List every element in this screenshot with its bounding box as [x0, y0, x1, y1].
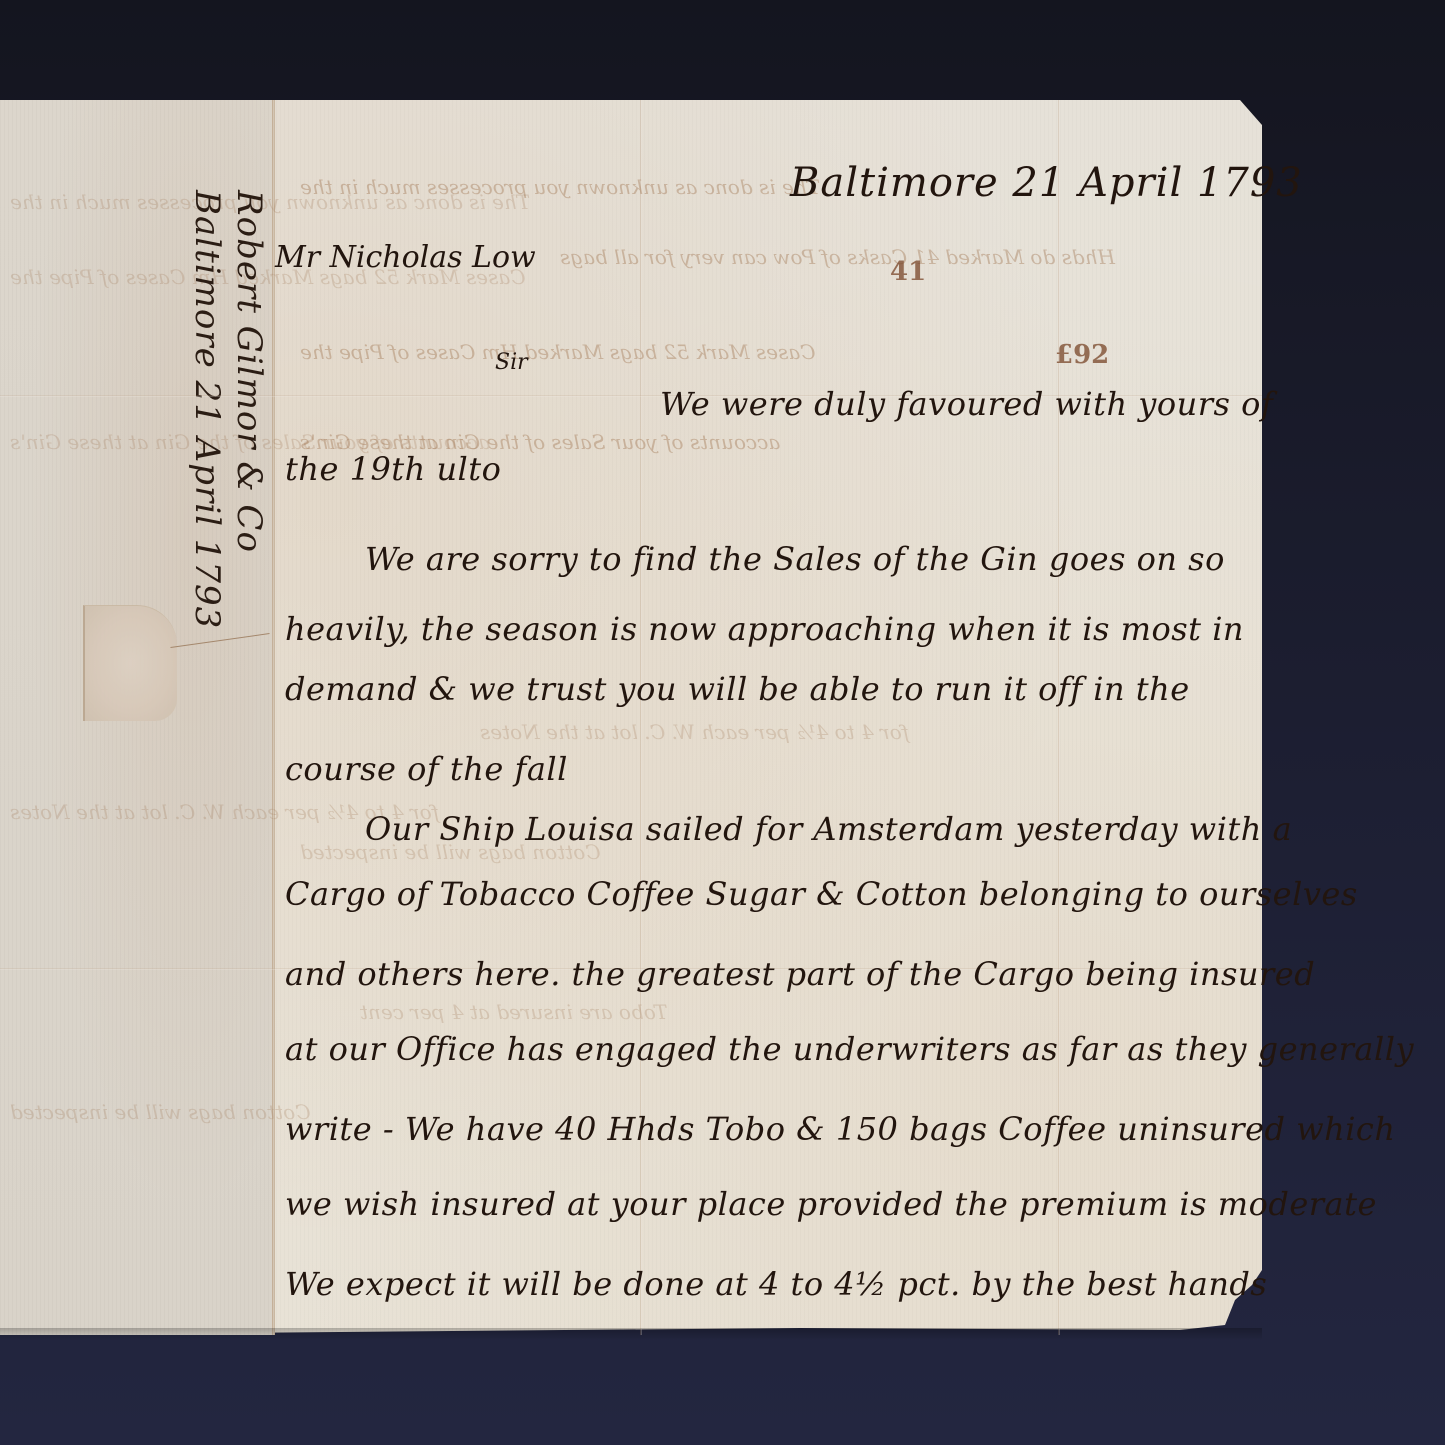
- letter-line: write - We have 40 Hhds Tobo & 150 bags …: [285, 1110, 1395, 1148]
- letter-line: the 19th ulto: [285, 450, 501, 488]
- paper-shadow: [0, 1328, 1262, 1340]
- letter-line: course of the fall: [285, 750, 568, 788]
- letter-line: We expect it will be done at 4 to 4½ pct…: [285, 1265, 1267, 1303]
- dateline: Baltimore 21 April 1793: [790, 160, 1303, 206]
- wax-seal-remnant: [83, 605, 177, 721]
- letter-line: We were duly favoured with yours of: [660, 385, 1273, 423]
- letter-line: and others here. the greatest part of th…: [285, 955, 1315, 993]
- docket-sender: Robert Gilmor & Co: [228, 190, 270, 610]
- letter-line: demand & we trust you will be able to ru…: [285, 670, 1190, 708]
- fold-line-vertical: [272, 100, 274, 1335]
- letter-line: We are sorry to find the Sales of the Gi…: [365, 540, 1225, 578]
- letter-line: at our Office has engaged the underwrite…: [285, 1030, 1414, 1068]
- paper-tear: [170, 633, 269, 648]
- addressee: Mr Nicholas Low: [275, 240, 536, 275]
- letter-body: Baltimore 21 April 1793 Mr Nicholas Low …: [275, 100, 1265, 1340]
- docket: Robert Gilmor & Co Baltimore 21 April 17…: [150, 190, 270, 610]
- docket-place-date: Baltimore 21 April 1793: [186, 190, 228, 610]
- letter-line: Our Ship Louisa sailed for Amsterdam yes…: [365, 810, 1292, 848]
- docket-panel: The is donc as unknown you processes muc…: [0, 100, 275, 1335]
- letter-sheet: The is donc as unknown you processes muc…: [0, 100, 1305, 1445]
- letter-line: Cargo of Tobacco Coffee Sugar & Cotton b…: [285, 875, 1358, 913]
- bleed-through-text: Cotton bags will be inspected: [10, 1100, 311, 1124]
- letter-line: we wish insured at your place provided t…: [285, 1185, 1377, 1223]
- letter-line: heavily, the season is now approaching w…: [285, 610, 1244, 648]
- salutation: Sir: [495, 350, 528, 375]
